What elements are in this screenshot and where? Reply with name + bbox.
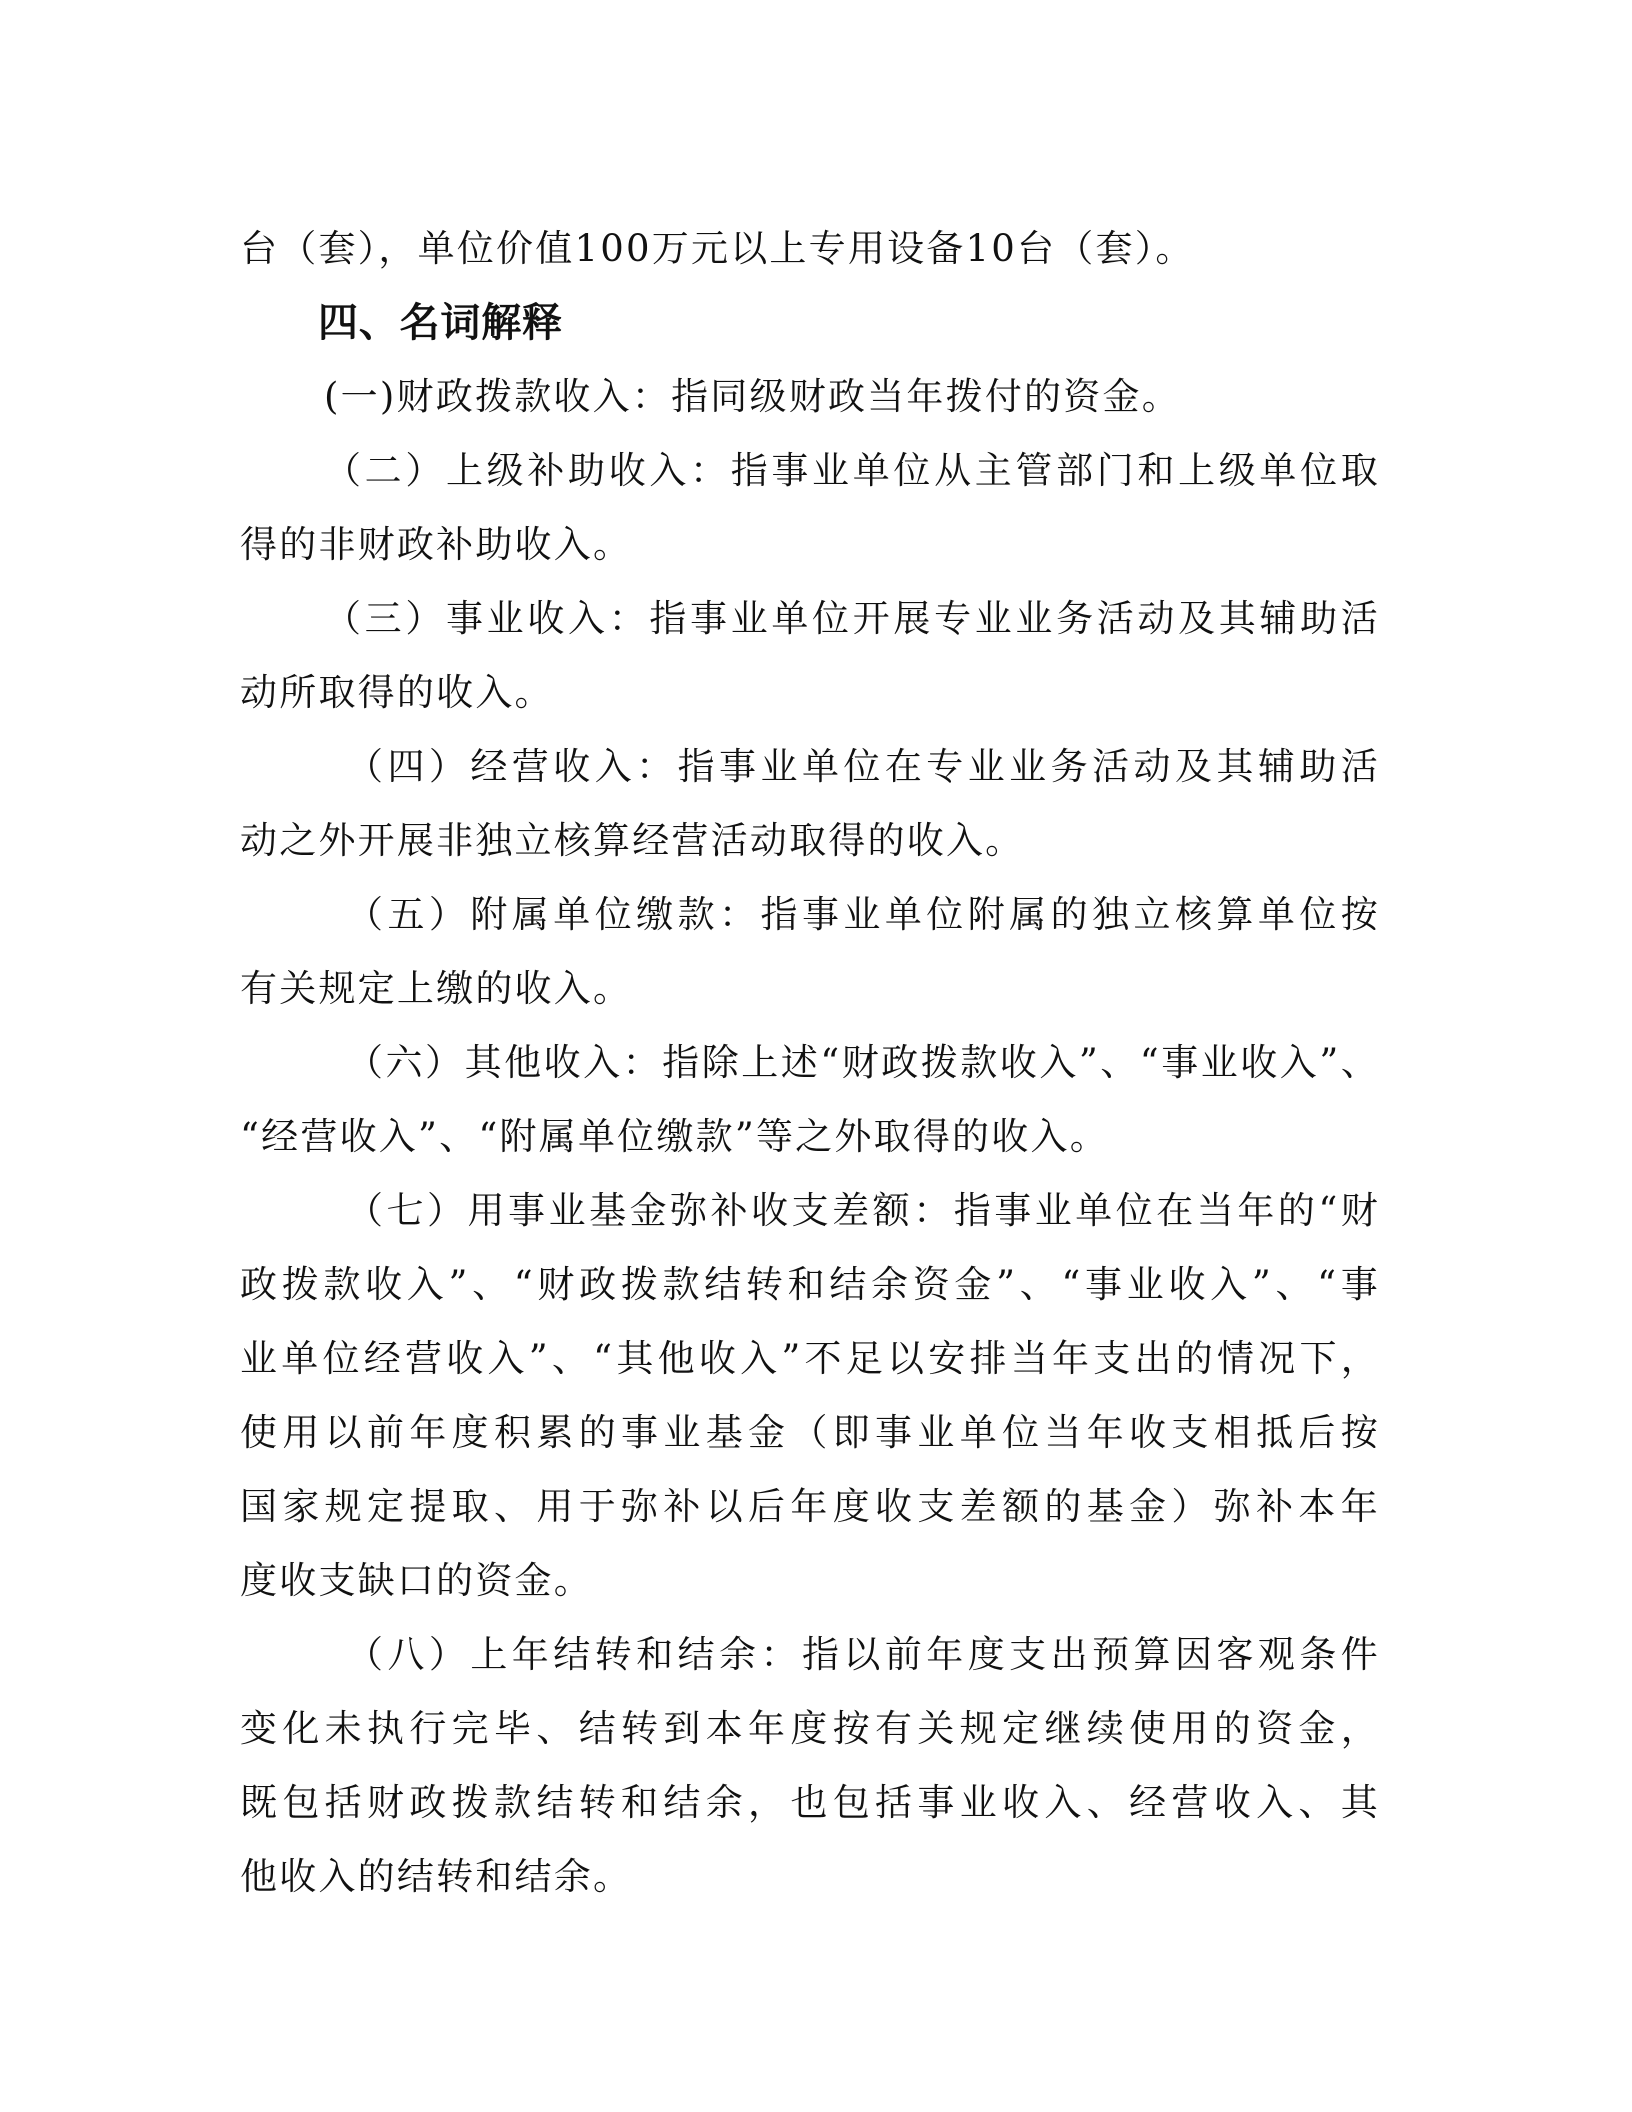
- definition-7-line: （七）用事业基金弥补收支差额：指事业单位在当年的“财: [240, 1174, 1380, 1248]
- definition-6-line: （六）其他收入：指除上述“财政拨款收入”、“事业收入”、: [240, 1026, 1380, 1100]
- definition-5-line: （五）附属单位缴款：指事业单位附属的独立核算单位按: [240, 878, 1380, 952]
- definition-2-line: （二）上级补助收入：指事业单位从主管部门和上级单位取: [240, 434, 1380, 508]
- definition-7-line: 业单位经营收入”、“其他收入”不足以安排当年支出的情况下，: [240, 1322, 1380, 1396]
- definition-8-line: 既包括财政拨款结转和结余，也包括事业收入、经营收入、其: [240, 1766, 1380, 1840]
- definition-3-line: 动所取得的收入。: [240, 656, 1380, 730]
- definition-8-line: 变化未执行完毕、结转到本年度按有关规定继续使用的资金，: [240, 1692, 1380, 1766]
- definition-4-line: 动之外开展非独立核算经营活动取得的收入。: [240, 804, 1380, 878]
- definition-6-line: “经营收入”、“附属单位缴款”等之外取得的收入。: [240, 1100, 1380, 1174]
- document-page: 台（套），单位价值100万元以上专用设备10台（套）。 四、名词解释 (一)财政…: [240, 212, 1380, 1914]
- definition-7-line: 度收支缺口的资金。: [240, 1544, 1380, 1618]
- definition-5-line: 有关规定上缴的收入。: [240, 952, 1380, 1026]
- definition-3-line: （三）事业收入：指事业单位开展专业业务活动及其辅助活: [240, 582, 1380, 656]
- definition-7-line: 国家规定提取、用于弥补以后年度收支差额的基金）弥补本年: [240, 1470, 1380, 1544]
- definition-4-line: （四）经营收入：指事业单位在专业业务活动及其辅助活: [240, 730, 1380, 804]
- section-heading: 四、名词解释: [240, 286, 1380, 360]
- definition-7-line: 使用以前年度积累的事业基金（即事业单位当年收支相抵后按: [240, 1396, 1380, 1470]
- definition-8-line: 他收入的结转和结余。: [240, 1840, 1380, 1914]
- definition-2-line: 得的非财政补助收入。: [240, 508, 1380, 582]
- definition-1-line: (一)财政拨款收入：指同级财政当年拨付的资金。: [240, 360, 1380, 434]
- definition-8-line: （八）上年结转和结余：指以前年度支出预算因客观条件: [240, 1618, 1380, 1692]
- paragraph-continuation-line: 台（套），单位价值100万元以上专用设备10台（套）。: [240, 212, 1380, 286]
- definition-7-line: 政拨款收入”、“财政拨款结转和结余资金”、“事业收入”、“事: [240, 1248, 1380, 1322]
